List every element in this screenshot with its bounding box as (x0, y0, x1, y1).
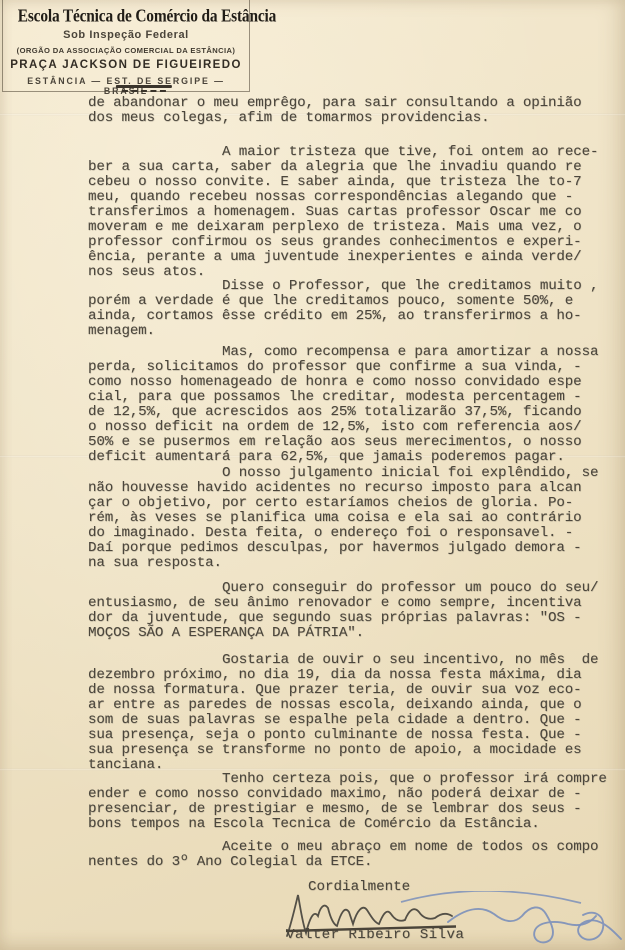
paragraph: Gostaria de ouvir o seu incentivo, no mê… (88, 653, 610, 773)
organ-line: (ORGÃO DA ASSOCIAÇÃO COMERCIAL DA ESTÂNC… (3, 46, 249, 55)
inspection-line: Sob Inspeção Federal (3, 29, 249, 41)
paragraph: Mas, como recompensa e para amortizar a … (88, 345, 610, 465)
paragraph: Disse o Professor, que lhe creditamos mu… (88, 279, 610, 339)
paragraph: Tenho certeza pois, que o professor irá … (88, 772, 610, 832)
school-name: Escola Técnica de Comércio da Estância (18, 6, 234, 26)
paragraph: Aceite o meu abraço em nome de todos os … (88, 840, 610, 870)
paragraph-continuation: de abandonar o meu emprêgo, para sair co… (88, 96, 610, 126)
paragraph: A maior tristeza que tive, foi ontem ao … (88, 145, 610, 280)
letterhead: Escola Técnica de Comércio da Estância S… (2, 0, 250, 92)
paragraph: O nosso julgamento inicial foi explêndid… (88, 466, 610, 571)
typed-signature-name: Valter Ribeiro Silva (286, 927, 464, 943)
letterhead-underline-flourish (116, 85, 172, 92)
paragraph: Quero conseguir do professor um pouco do… (88, 581, 610, 641)
address-line: PRAÇA JACKSON DE FIGUEIREDO (3, 59, 249, 71)
scanned-letter-page: Escola Técnica de Comércio da Estância S… (0, 0, 625, 950)
